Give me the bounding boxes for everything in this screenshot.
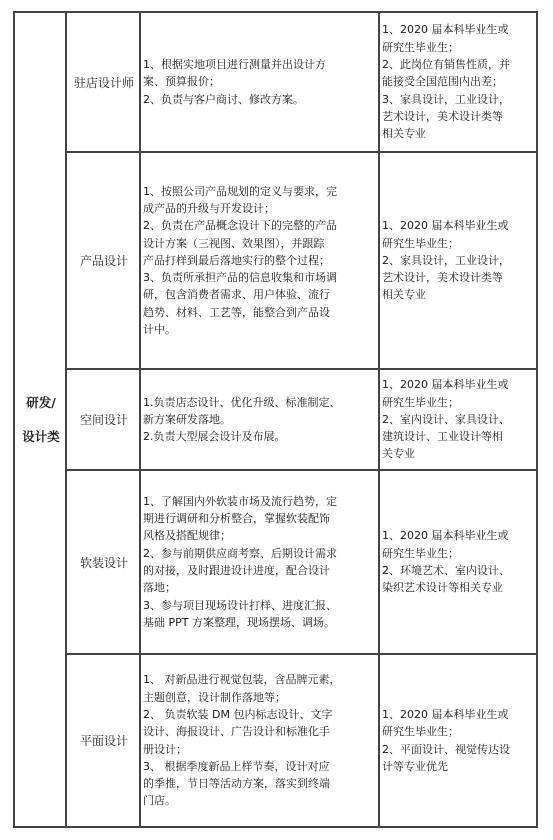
category-label-line1: 研发/ — [26, 386, 56, 420]
requirements-cell: 1、2020 届本科毕业生或研究生毕业生；2、此岗位有销售性质，并能接受全国范围… — [380, 13, 536, 151]
role-cell: 驻店设计师 — [67, 13, 141, 151]
duties-cell: 1、根据实地项目进行测量并出设计方案、预算报价；2、负责与客户商讨、修改方案。 — [141, 13, 380, 151]
duties-text: 1.负责店态设计、优化升级、标准制定、新方案研发落地。2.负责大型展会设计及布展… — [143, 394, 379, 446]
requirements-cell: 1、2020 届本科毕业生或研究生毕业生；2、家具设计，工业设计，艺术设计，美术… — [380, 153, 536, 368]
requirements-cell: 1、2020 届本科毕业生或研究生毕业生；2、环境艺术、室内设计、染织艺术设计等… — [380, 471, 536, 653]
requirements-text: 1、2020 届本科毕业生或研究生毕业生；2、环境艺术、室内设计、染织艺术设计等… — [382, 527, 535, 596]
requirements-text: 1、2020 届本科毕业生或研究生毕业生；2、家具设计，工业设计，艺术设计，美术… — [382, 217, 535, 303]
duties-text: 1、按照公司产品规划的定义与要求，完成产品的升级与开发设计；2、负责在产品概念设… — [143, 183, 379, 339]
role-cell: 软装设计 — [67, 471, 141, 653]
duties-cell: 1、 对新品进行视觉包装，含品牌元素，主题创意，设计制作落地等；2、 负责软装 … — [141, 655, 380, 826]
duties-cell: 1.负责店态设计、优化升级、标准制定、新方案研发落地。2.负责大型展会设计及布展… — [141, 370, 380, 469]
category-cell: 研发/ 设计类 — [15, 13, 67, 826]
requirements-cell: 1、2020 届本科毕业生或研究生毕业生；2、室内设计、家具设计、建筑设计、工业… — [380, 370, 536, 469]
job-table: 研发/ 设计类 驻店设计师 1、根据实地项目进行测量并出设计方案、预算报价；2、… — [13, 11, 538, 828]
duties-text: 1、了解国内外软装市场及流行趋势，定期进行调研和分析整合，掌握软装配饰风格及搭配… — [143, 493, 379, 631]
role-cell: 产品设计 — [67, 153, 141, 368]
requirements-text: 1、2020 届本科毕业生或研究生毕业生；2、室内设计、家具设计、建筑设计、工业… — [382, 376, 535, 462]
requirements-text: 1、2020 届本科毕业生或研究生毕业生；2、平面设计、视觉传达设计等专业优先 — [382, 706, 535, 775]
role-cell: 平面设计 — [67, 655, 141, 826]
requirements-text: 1、2020 届本科毕业生或研究生毕业生；2、此岗位有销售性质，并能接受全国范围… — [382, 21, 535, 142]
category-label-line2: 设计类 — [22, 420, 60, 454]
role-cell: 空间设计 — [67, 370, 141, 469]
requirements-cell: 1、2020 届本科毕业生或研究生毕业生；2、平面设计、视觉传达设计等专业优先 — [380, 655, 536, 826]
duties-text: 1、 对新品进行视觉包装，含品牌元素，主题创意，设计制作落地等；2、 负责软装 … — [143, 671, 379, 809]
duties-text: 1、根据实地项目进行测量并出设计方案、预算报价；2、负责与客户商讨、修改方案。 — [143, 56, 379, 108]
duties-cell: 1、按照公司产品规划的定义与要求，完成产品的升级与开发设计；2、负责在产品概念设… — [141, 153, 380, 368]
duties-cell: 1、了解国内外软装市场及流行趋势，定期进行调研和分析整合，掌握软装配饰风格及搭配… — [141, 471, 380, 653]
